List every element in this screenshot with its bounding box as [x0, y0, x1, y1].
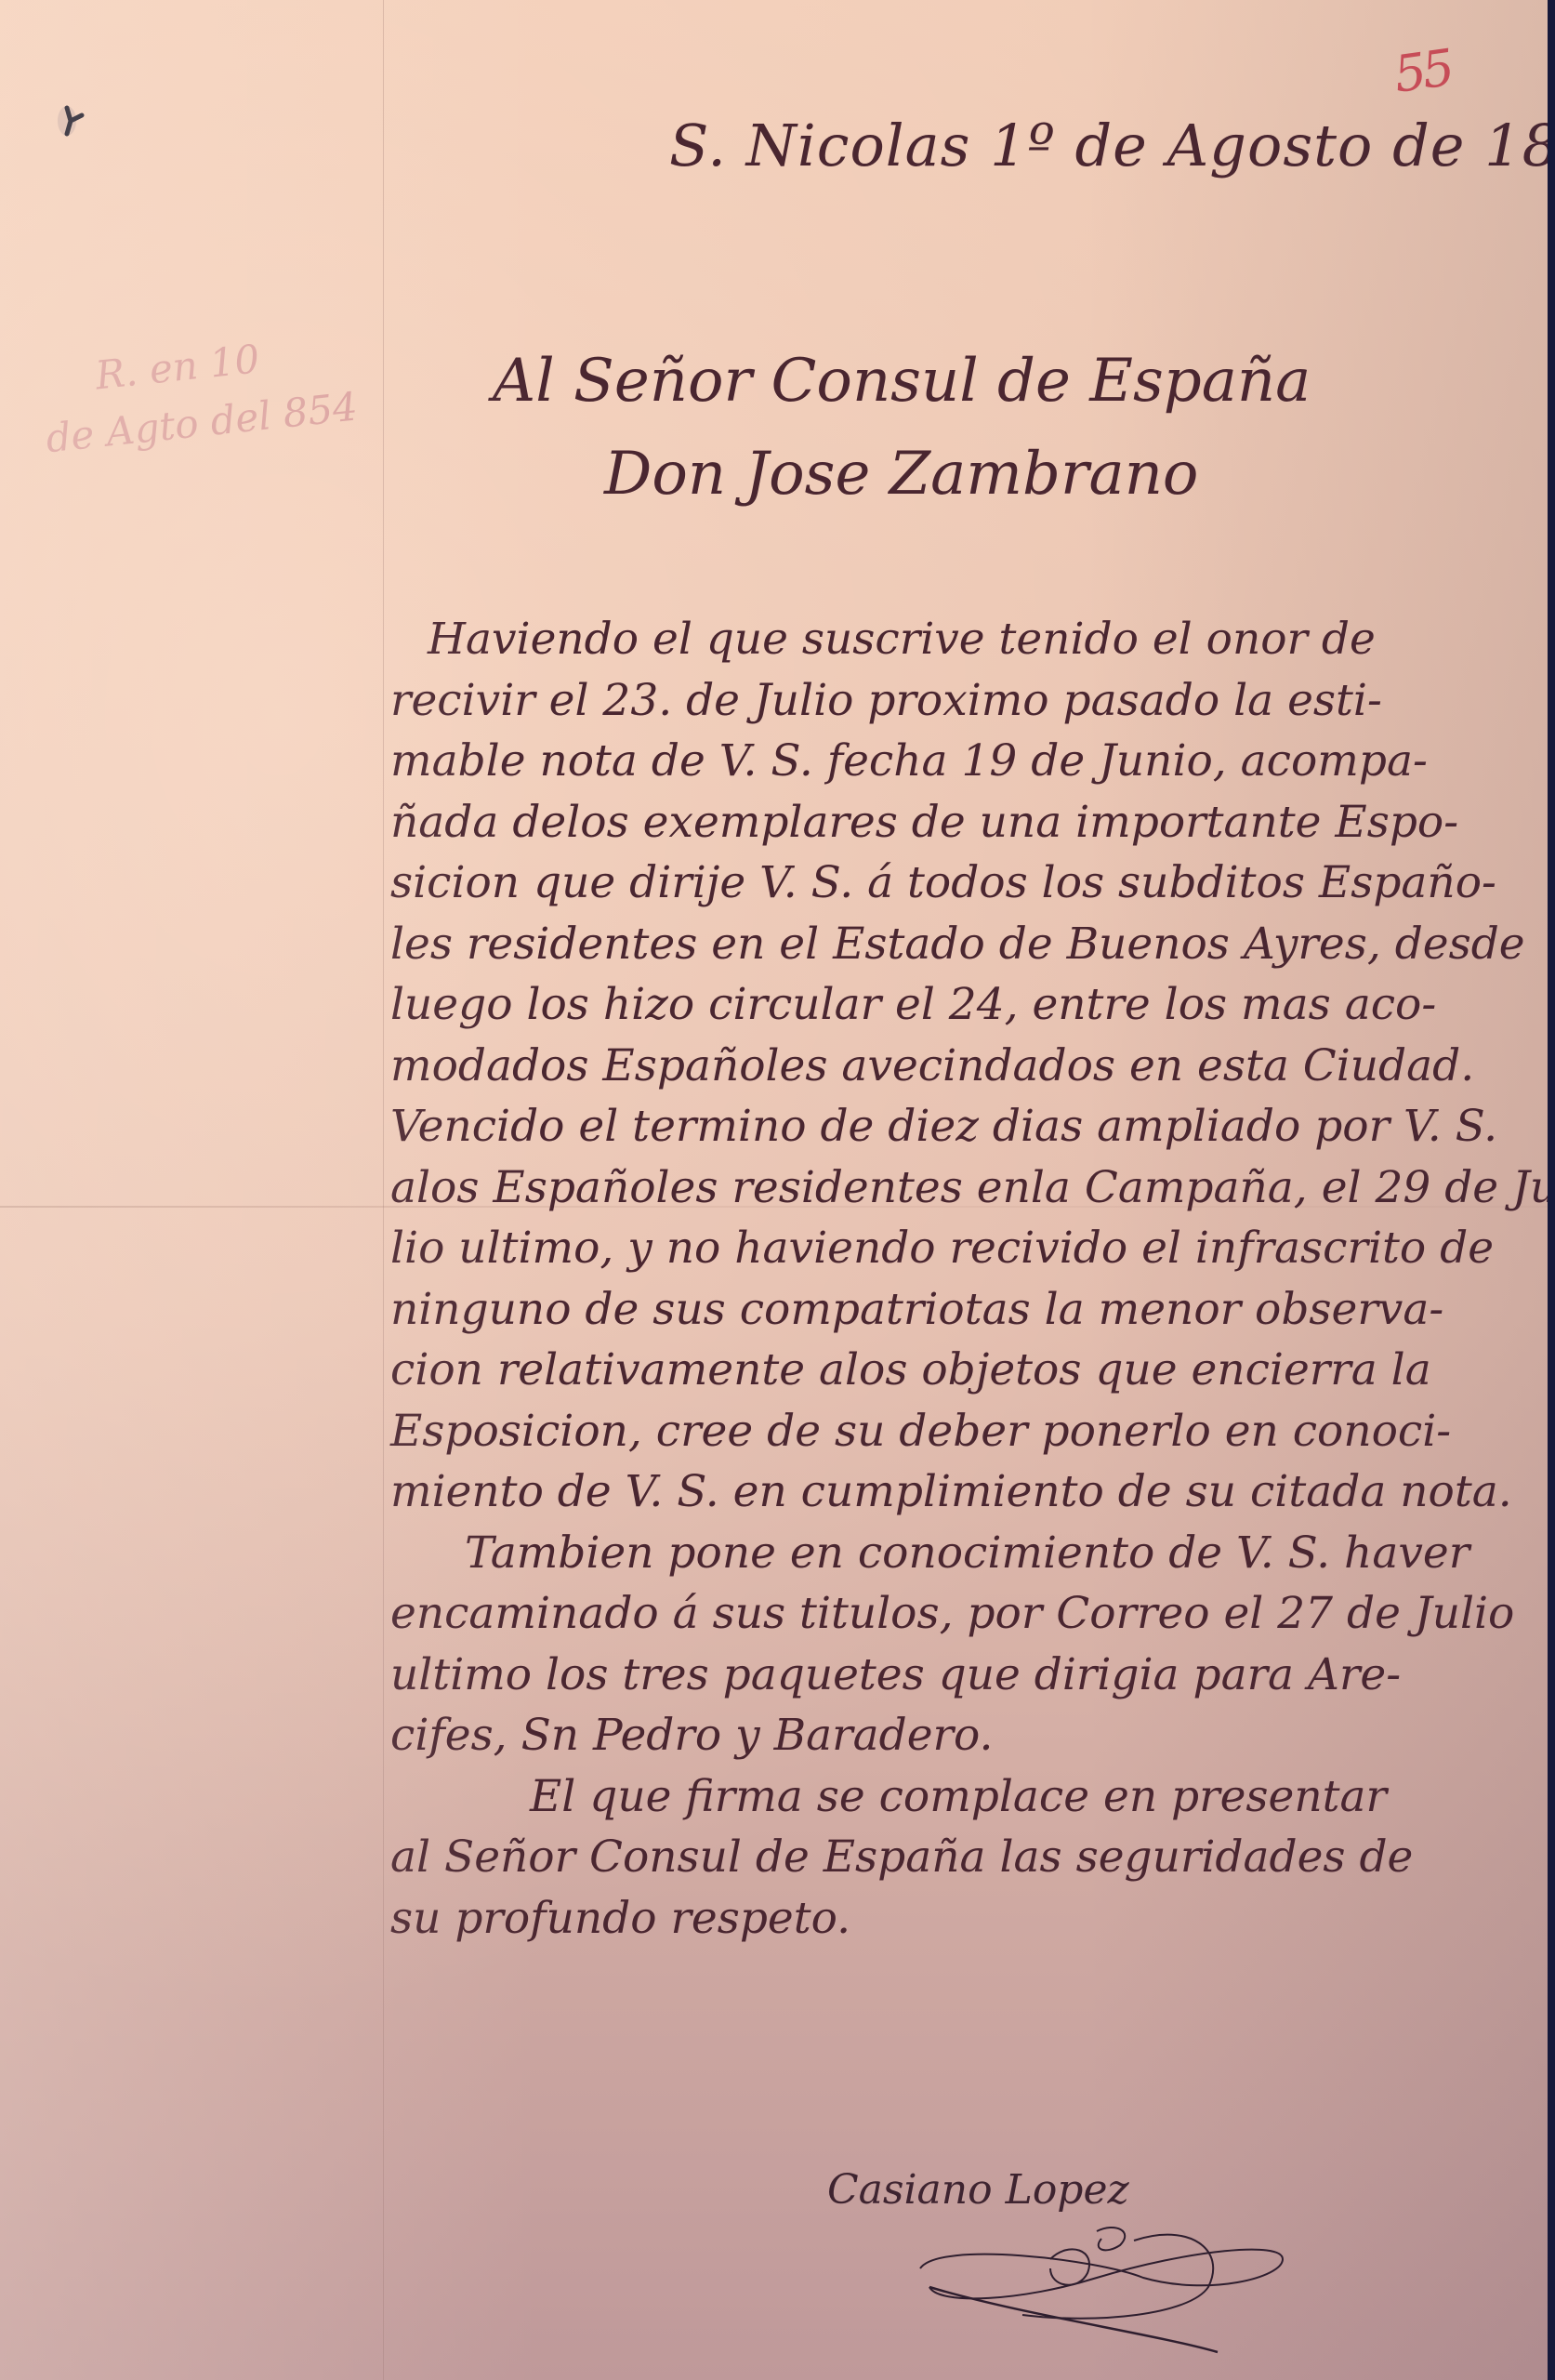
body-line: les residentes en el Estado de Buenos Ay… [390, 914, 1534, 975]
body-line: Haviendo el que suscrive tenido el onor … [390, 609, 1534, 670]
body-line: su profundo respeto. [390, 1888, 1534, 1950]
body-line: encaminado á sus titulos, por Correo el … [390, 1583, 1534, 1645]
body-line: al Señor Consul de España las seguridade… [390, 1827, 1534, 1888]
addressee-block: Al Señor Consul de España Don Jose Zambr… [493, 335, 1311, 521]
ink-blot-hole-icon [56, 100, 89, 141]
body-line: recivir el 23. de Julio proximo pasado l… [390, 670, 1534, 732]
body-line: alos Españoles residentes enla Campaña, … [390, 1157, 1534, 1219]
body-line: ñada delos exemplares de una importante … [390, 792, 1534, 853]
place-date-line: S. Nicolas 1º de Agosto de 1854 [669, 112, 1555, 179]
place: S. Nicolas [669, 112, 970, 179]
addressee-line-2: Don Jose Zambrano [493, 428, 1311, 521]
body-line: cion relativamente alos objetos que enci… [390, 1340, 1534, 1401]
body-line: ultimo los tres paquetes que dirigia par… [390, 1645, 1534, 1706]
body-line: El que firma se complace en presentar [390, 1766, 1534, 1828]
body-line: mable nota de V. S. fecha 19 de Junio, a… [390, 731, 1534, 792]
body-line: ninguno de sus compatriotas la menor obs… [390, 1279, 1534, 1341]
margin-ruling-line [383, 0, 384, 2380]
body-line: modados Españoles avecindados en esta Ci… [390, 1036, 1534, 1097]
body-line: miento de V. S. en cumplimiento de su ci… [390, 1461, 1534, 1523]
signature-flourish-icon [911, 2222, 1301, 2361]
date: 1º de Agosto de 1854 [990, 112, 1555, 179]
body-line: cifes, Sn Pedro y Baradero. [390, 1705, 1534, 1766]
letter-body: Haviendo el que suscrive tenido el onor … [390, 609, 1534, 1949]
body-line: luego los hizo circular el 24, entre los… [390, 974, 1534, 1036]
folio-number: 55 [1390, 38, 1455, 104]
addressee-line-1: Al Señor Consul de España [493, 335, 1311, 428]
marginal-receipt-note: R. en 10 de Agto del 854 [37, 321, 361, 468]
signature-name: Casiano Lopez [827, 2166, 1129, 2214]
letter-page: 55 S. Nicolas 1º de Agosto de 1854 R. en… [0, 0, 1548, 2380]
body-line: Esposicion, cree de su deber ponerlo en … [390, 1401, 1534, 1462]
body-line: Tambien pone en conocimiento de V. S. ha… [390, 1523, 1534, 1584]
body-line: Vencido el termino de diez dias ampliado… [390, 1096, 1534, 1157]
scan-edge-strip [1548, 0, 1555, 2380]
body-line: lio ultimo, y no haviendo recivido el in… [390, 1218, 1534, 1279]
body-line: sicion que dirije V. S. á todos los subd… [390, 853, 1534, 914]
